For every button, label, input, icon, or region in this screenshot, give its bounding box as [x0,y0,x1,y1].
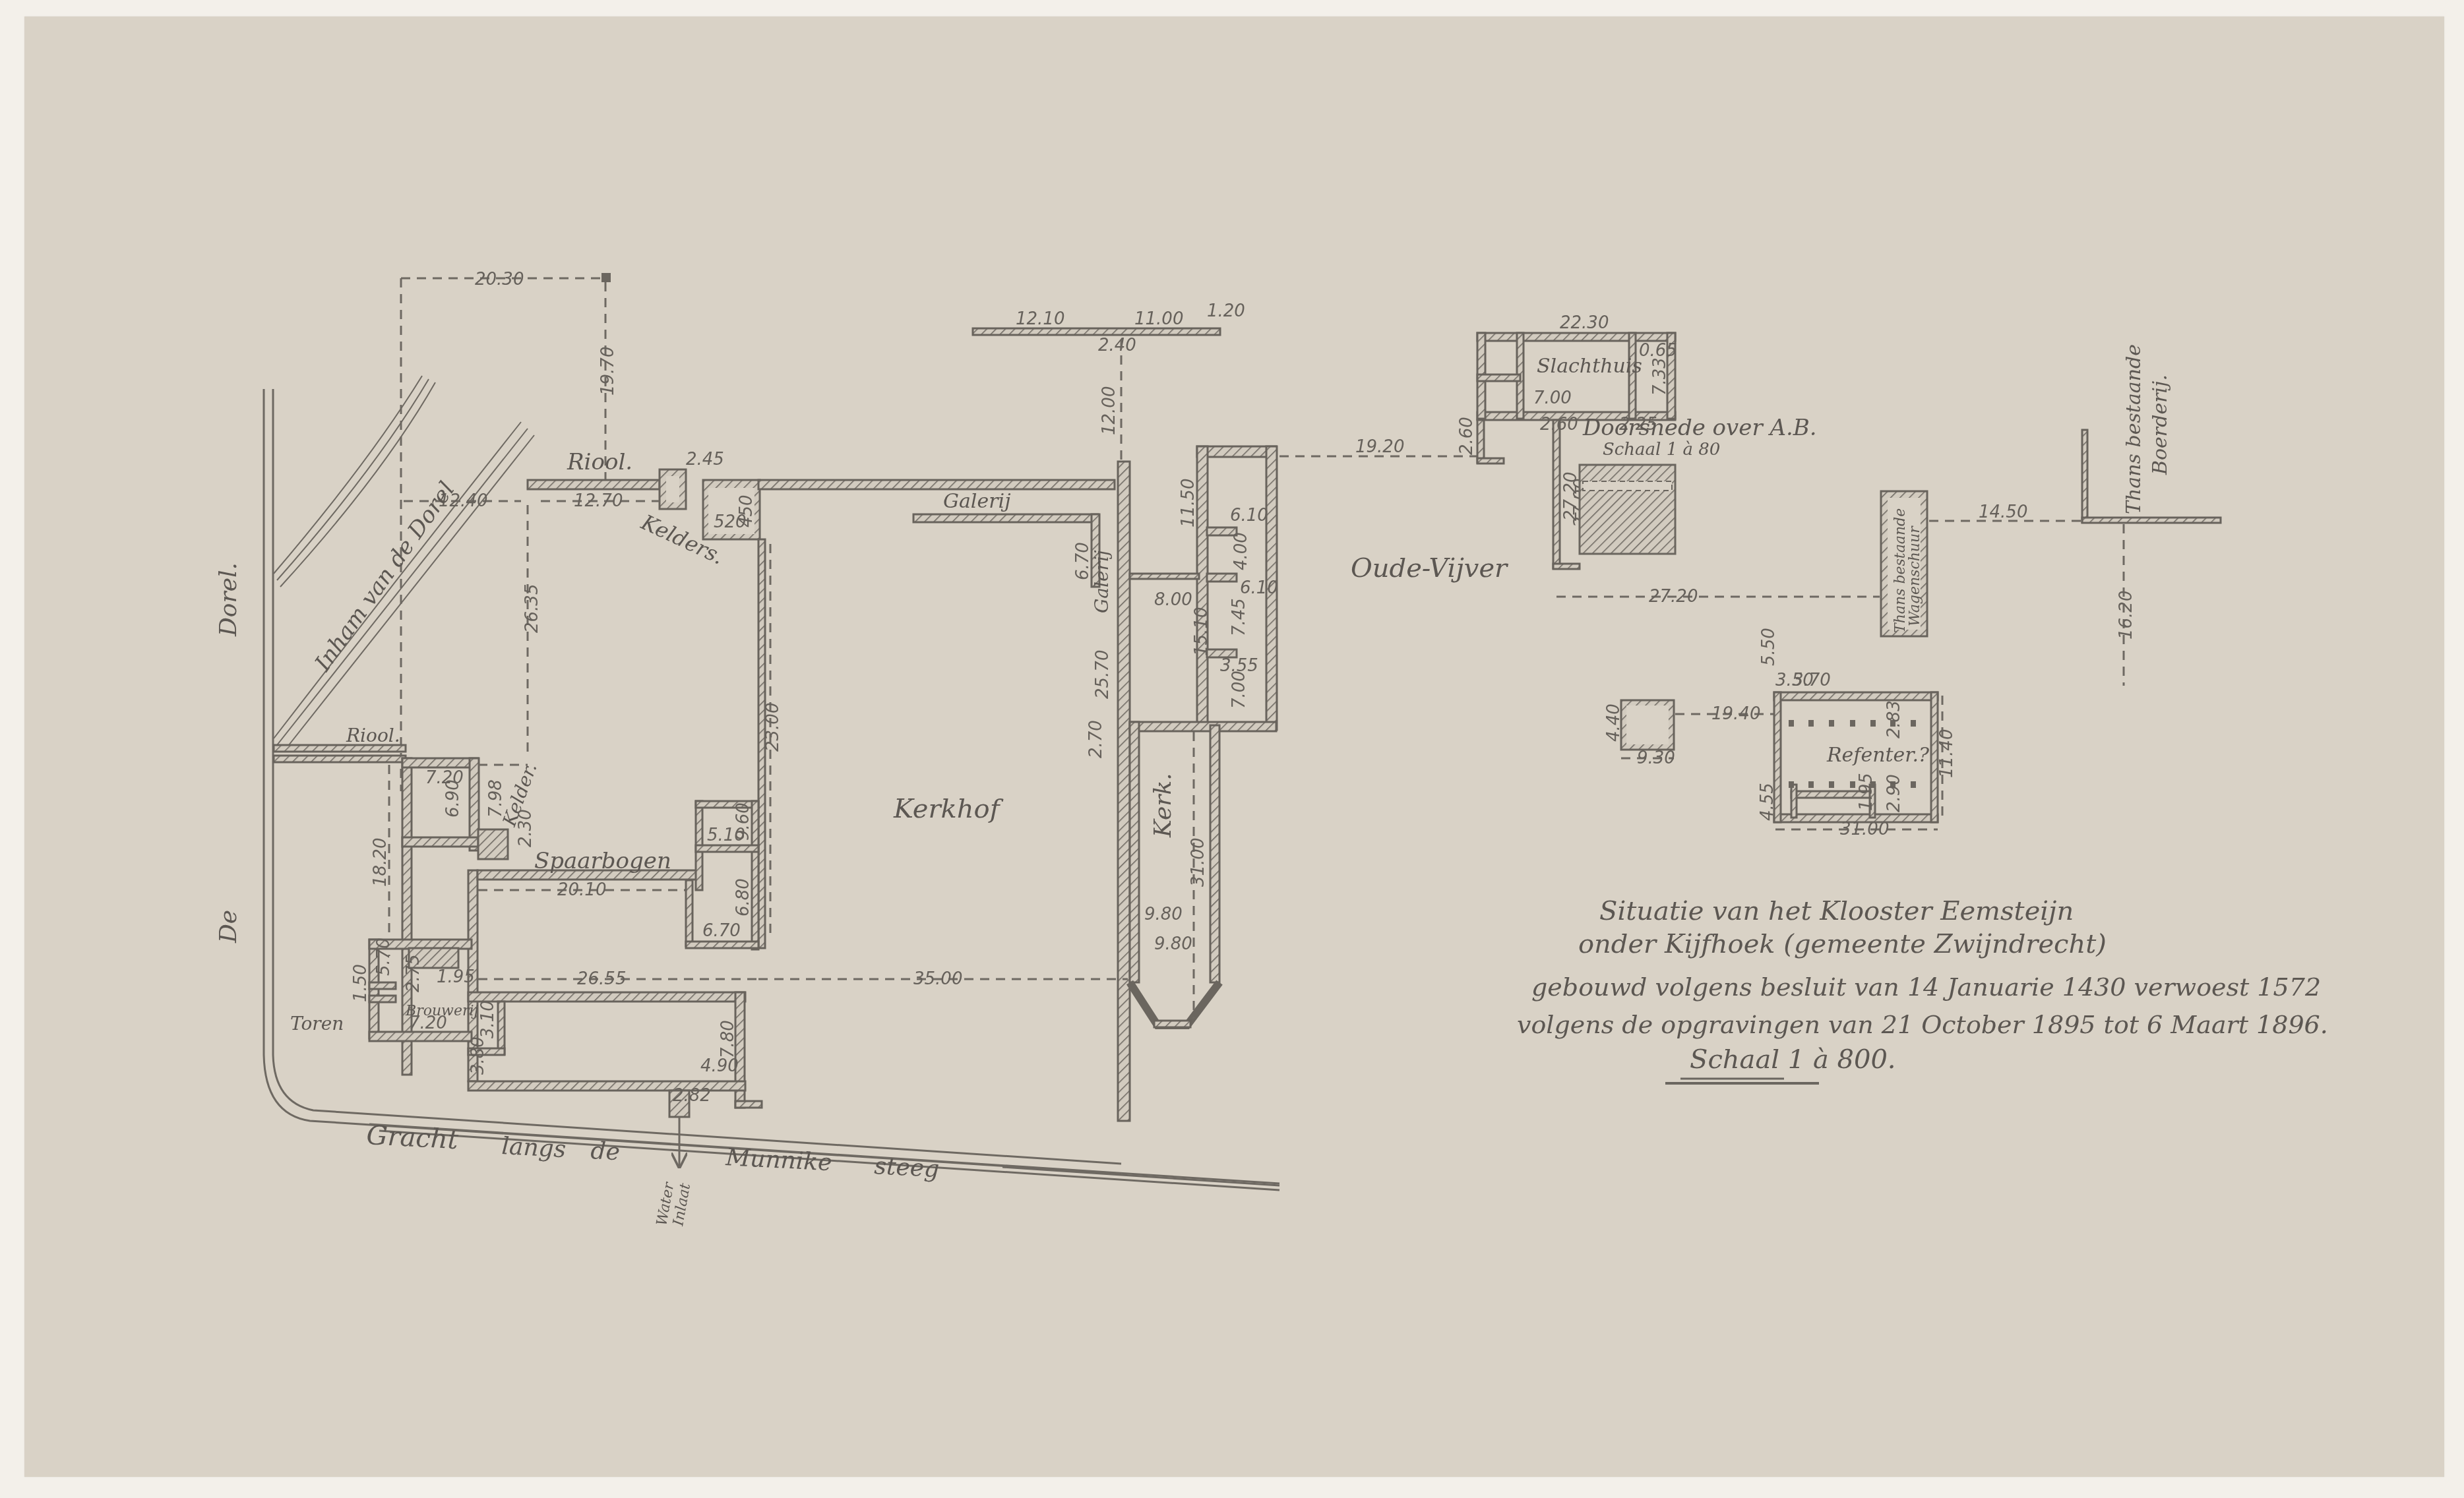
label-riool-left: Riool. [346,725,400,746]
dimension-frame-20-30: 20.30 19.70 [401,270,618,791]
site-plan-drawing: 20.30 19.70 Riool. 2.45 12.40 12.70 520 … [0,0,2464,1498]
label-riool-top: Riool. [567,449,632,475]
label-toren: Toren [290,1013,344,1034]
dim-2-60-b: 2.60 [1540,415,1578,434]
title-line-2: onder Kijfhoek (gemeente Zwijndrecht) [1578,929,2107,959]
dim-35-00: 35.00 [913,969,962,989]
dim-5-50: 5.50 [1759,628,1779,666]
dim-3-10: 3.10 [478,1000,498,1038]
dim-26-55: 26.55 [577,969,626,989]
dim-16-20: 16.20 [2116,591,2136,640]
dim-2-82: 2.82 [673,1086,711,1106]
label-slachthuis: Slachthuis [1537,355,1642,378]
dim-6-10-b: 6.10 [1240,578,1278,598]
dim-11-40: 11.40 [1937,729,1957,778]
dim-9-80-a: 9.80 [1144,905,1183,924]
label-munnike: Munnike [725,1144,833,1176]
dim-20-10: 20.10 [557,880,606,900]
label-kerk: Kerk. [1150,773,1177,838]
dim-6-10-a: 6.10 [1230,506,1268,525]
dim-3-80: 3.80 [468,1036,488,1075]
brouwerij-toren: 5.70 1.95 2.75 1.50 Brouwerij 7.20 Toren… [290,938,762,1228]
dim-7-00-b: 7.00 [1533,388,1572,408]
dim-26-35: 26.35 [522,584,542,633]
dim-4-40: 4.40 [1604,704,1624,742]
label-dorel: Dorel. [215,562,242,637]
label-spaarbogen: Spaarbogen [534,848,671,874]
dim-2-90: 2.90 [1884,774,1904,812]
dim-4-00: 4.00 [1231,532,1251,570]
north-wall [758,480,1115,489]
label-inham: Inham van de Dorel [309,477,460,676]
slachthuis-building: 22.30 Slachthuis 7.00 0.65 7.33 2.60 2.6… [1457,313,1880,607]
dim-4-55: 4.55 [1758,783,1777,821]
dim-7-80: 7.80 [718,1020,738,1058]
dim-9-60: 9.60 [733,802,753,841]
dim-1-50: 1.50 [351,964,371,1002]
doorsnede-section: Doorsnede over A.B. Schaal 1 à 80 [1580,415,1817,554]
dim-12-10: 12.10 [1016,309,1064,329]
dim-9-80-b: 9.80 [1154,934,1192,954]
dim-14-50: 14.50 [1979,502,2027,522]
dim-31-00-b: 31.00 [1840,820,1889,839]
dim-6-80: 6.80 [733,878,753,916]
dim-8-00: 8.00 [1154,590,1192,610]
galerij-east-wall [1118,462,1130,1121]
label-kerkhof: Kerkhof [893,794,1004,824]
dim-23-00: 23.00 [763,703,783,752]
label-boerderij-1: Thans bestaande [2122,344,2145,514]
label-refenter: Refenter.? [1826,744,1930,767]
title-line-3: gebouwd volgens besluit van 14 Januarie … [1531,973,2321,1002]
dim-4-90: 4.90 [700,1056,739,1076]
dim-450: 450 [737,494,756,527]
dim-7-20-b: 7.20 [409,1013,447,1033]
dim-7-00-a: 7.00 [1229,671,1249,709]
dim-1-20: 1.20 [1207,301,1245,321]
dim-11-00: 11.00 [1134,309,1183,329]
title-line-1: Situatie van het Klooster Eemsteijn [1599,896,2074,926]
dim-2-45: 2.45 [686,450,724,469]
dim-9-30: 9.30 [1637,748,1675,768]
dim-7-33: 7.33 [1650,357,1670,396]
dim-27-20-b: 27.20 [1649,587,1698,607]
label-galerij-top: Galerij [943,490,1010,513]
dim-5-70: 5.70 [374,938,394,976]
dim-7-45: 7.45 [1229,598,1249,636]
dim-20-30: 20.30 [475,270,524,289]
dim-6-70-a: 6.70 [702,921,741,941]
boerderij-building: Thans bestaande Boerderij. 16.20 [2082,344,2221,686]
dim-2-40: 2.40 [1098,336,1136,355]
label-doorsnede: Doorsnede over A.B. [1582,415,1817,441]
dim-31-00-a: 31.00 [1188,838,1208,887]
label-de: de [590,1137,621,1166]
dim-2-30: 2.30 [516,809,536,847]
dim-19-20: 19.20 [1355,437,1404,457]
north-outlier-wall: 12.10 11.00 1.20 2.40 12.00 [973,301,1245,462]
dim-1-95: 1.95 [437,967,475,987]
dim-12-00: 12.00 [1099,386,1119,435]
dim-6-90: 6.90 [443,779,463,818]
galerij-wall [913,514,1098,522]
dim-18-20: 18.20 [371,838,390,887]
label-langs: langs [501,1133,567,1163]
dim-25-70: 25.70 [1093,650,1113,699]
dim-2-60-a: 2.60 [1457,417,1477,455]
dim-2-70: 2.70 [1086,720,1106,758]
label-gracht: Gracht [365,1120,459,1155]
dim-1-95-b: 1.95 [1857,773,1876,811]
dim-22-30: 22.30 [1560,313,1609,333]
kelders-block: 520 450 Kelders. [637,480,760,570]
dim-2-75: 2.75 [404,954,423,992]
label-galerij-side: Galerij [1091,550,1113,613]
label-oude-vijver: Oude-Vijver [1351,553,1509,584]
dim-6-70-b: 6.70 [1073,542,1093,580]
east-wing: 11.50 6.10 4.00 6.10 8.00 7.45 15.10 3.5… [1130,437,1477,731]
dim-19-40: 19.40 [1711,704,1760,724]
dim-15-10: 15.10 [1192,607,1212,656]
dim-19-70: 19.70 [598,347,618,396]
label-doorsnede-scale: Schaal 1 à 80 [1603,440,1720,460]
dim-11-50: 11.50 [1179,479,1198,527]
label-steeg: steeg [874,1153,940,1183]
label-dorel-de: De [215,910,242,944]
wagenschuur-building: Thans bestaande Wagenschuur 14.50 [1881,491,2081,636]
small-building: 4.40 9.30 19.40 [1604,700,1774,768]
title-line-4: volgens de opgravingen van 21 October 18… [1517,1010,2328,1039]
dim-3-70: 3.70 [1793,671,1831,690]
kerk-building: Kerk. 31.00 9.80 9.80 2.70 [1086,720,1219,1027]
dim-12-70: 12.70 [574,491,623,511]
refenter-building: Refenter.? 3.50 3.70 5.50 4.55 2.83 2.90… [1758,628,1957,839]
label-wagenschuur-2: Wagenschuur [1907,525,1923,626]
title-scale: Schaal 1 à 800. [1690,1044,1896,1075]
dim-2-83: 2.83 [1884,700,1904,738]
title-block: Situatie van het Klooster Eemsteijn onde… [1517,896,2328,1083]
label-boerderij-2: Boerderij. [2149,374,2172,475]
